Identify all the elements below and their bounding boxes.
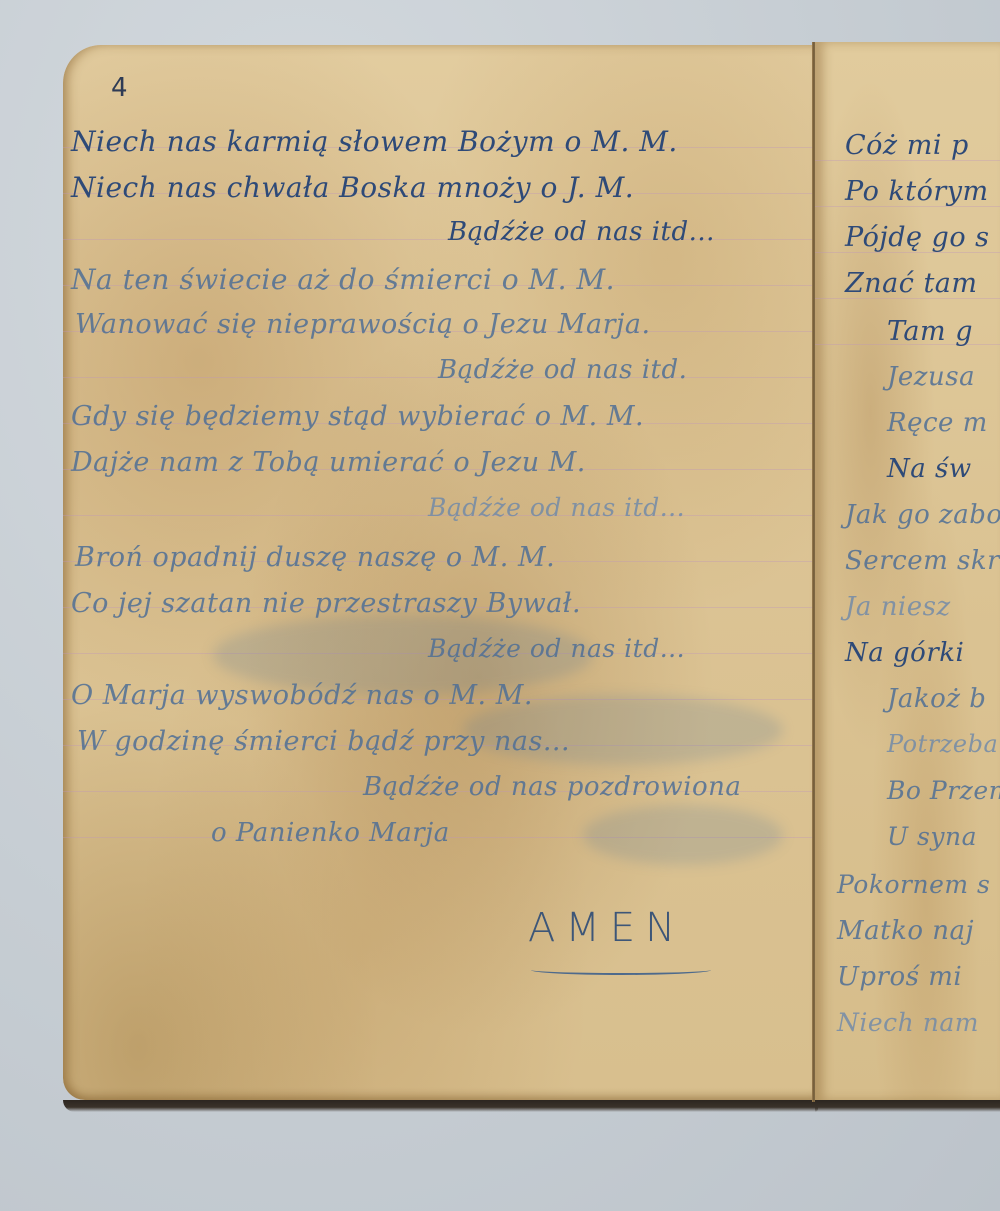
text-line: Jakoż b: [887, 684, 986, 714]
text-line: Bądźże od nas itd.: [438, 355, 687, 385]
text-line: Po którym: [845, 176, 989, 207]
text-line: Uproś mi: [837, 962, 962, 992]
text-line: o Panienko Marja: [211, 818, 450, 848]
text-line: Pójdę go s: [845, 222, 990, 253]
text-line: Bądźże od nas itd...: [428, 634, 685, 663]
text-line: Co jej szatan nie przestraszy Bywał.: [71, 588, 581, 619]
text-line: W godzinę śmierci bądź przy nas...: [77, 726, 570, 757]
amen-closing: AMEN: [528, 905, 685, 951]
text-line: Jezusa: [887, 362, 975, 392]
text-line: Na św: [887, 454, 972, 484]
text-line: Jak go zabo: [845, 500, 1000, 530]
text-line: U syna: [887, 822, 977, 851]
text-line: Bądźże od nas itd...: [428, 493, 685, 522]
amen-underline: [531, 965, 711, 975]
text-line: Ręce m: [887, 408, 988, 438]
text-line: O Marja wyswobódź nas o M. M.: [71, 680, 533, 711]
text-line: Na górki: [845, 638, 964, 668]
text-line: Matko naj: [837, 916, 974, 946]
text-line: Niech nam: [837, 1008, 979, 1037]
text-line: Sercem skr: [845, 546, 1000, 576]
text-line: Bo Przene: [887, 776, 1000, 805]
text-line: Tam g: [887, 316, 973, 347]
text-line: Dajże nam z Tobą umierać o Jezu M.: [71, 447, 586, 478]
text-line: Pokornem s: [837, 870, 990, 899]
ink-bleed: [583, 805, 783, 865]
text-line: Na ten świecie aż do śmierci o M. M.: [71, 263, 615, 296]
text-line: Ja niesz: [845, 592, 951, 622]
text-line: Niech nas karmią słowem Bożym o M. M.: [71, 125, 678, 158]
text-line: Bądźże od nas itd...: [448, 217, 715, 247]
text-line: Wanować się nieprawością o Jezu Marja.: [75, 309, 651, 340]
left-page: 4 Niech nas karmią słowem Bożym o M. M. …: [63, 45, 818, 1100]
text-line: Gdy się będziemy stąd wybierać o M. M.: [71, 401, 644, 432]
text-line: Bądźże od nas pozdrowiona: [363, 772, 741, 802]
text-line: Broń opadnij duszę naszę o M. M.: [75, 542, 555, 573]
page-number: 4: [111, 73, 128, 103]
text-line: Cóż mi p: [845, 130, 969, 161]
text-line: Potrzeba: [887, 730, 998, 758]
text-line: Znać tam: [845, 268, 978, 299]
text-line: Niech nas chwała Boska mnoży o J. M.: [71, 171, 634, 204]
right-page: Cóż mi p Po którym Pójdę go s Znać tam T…: [815, 42, 1000, 1100]
